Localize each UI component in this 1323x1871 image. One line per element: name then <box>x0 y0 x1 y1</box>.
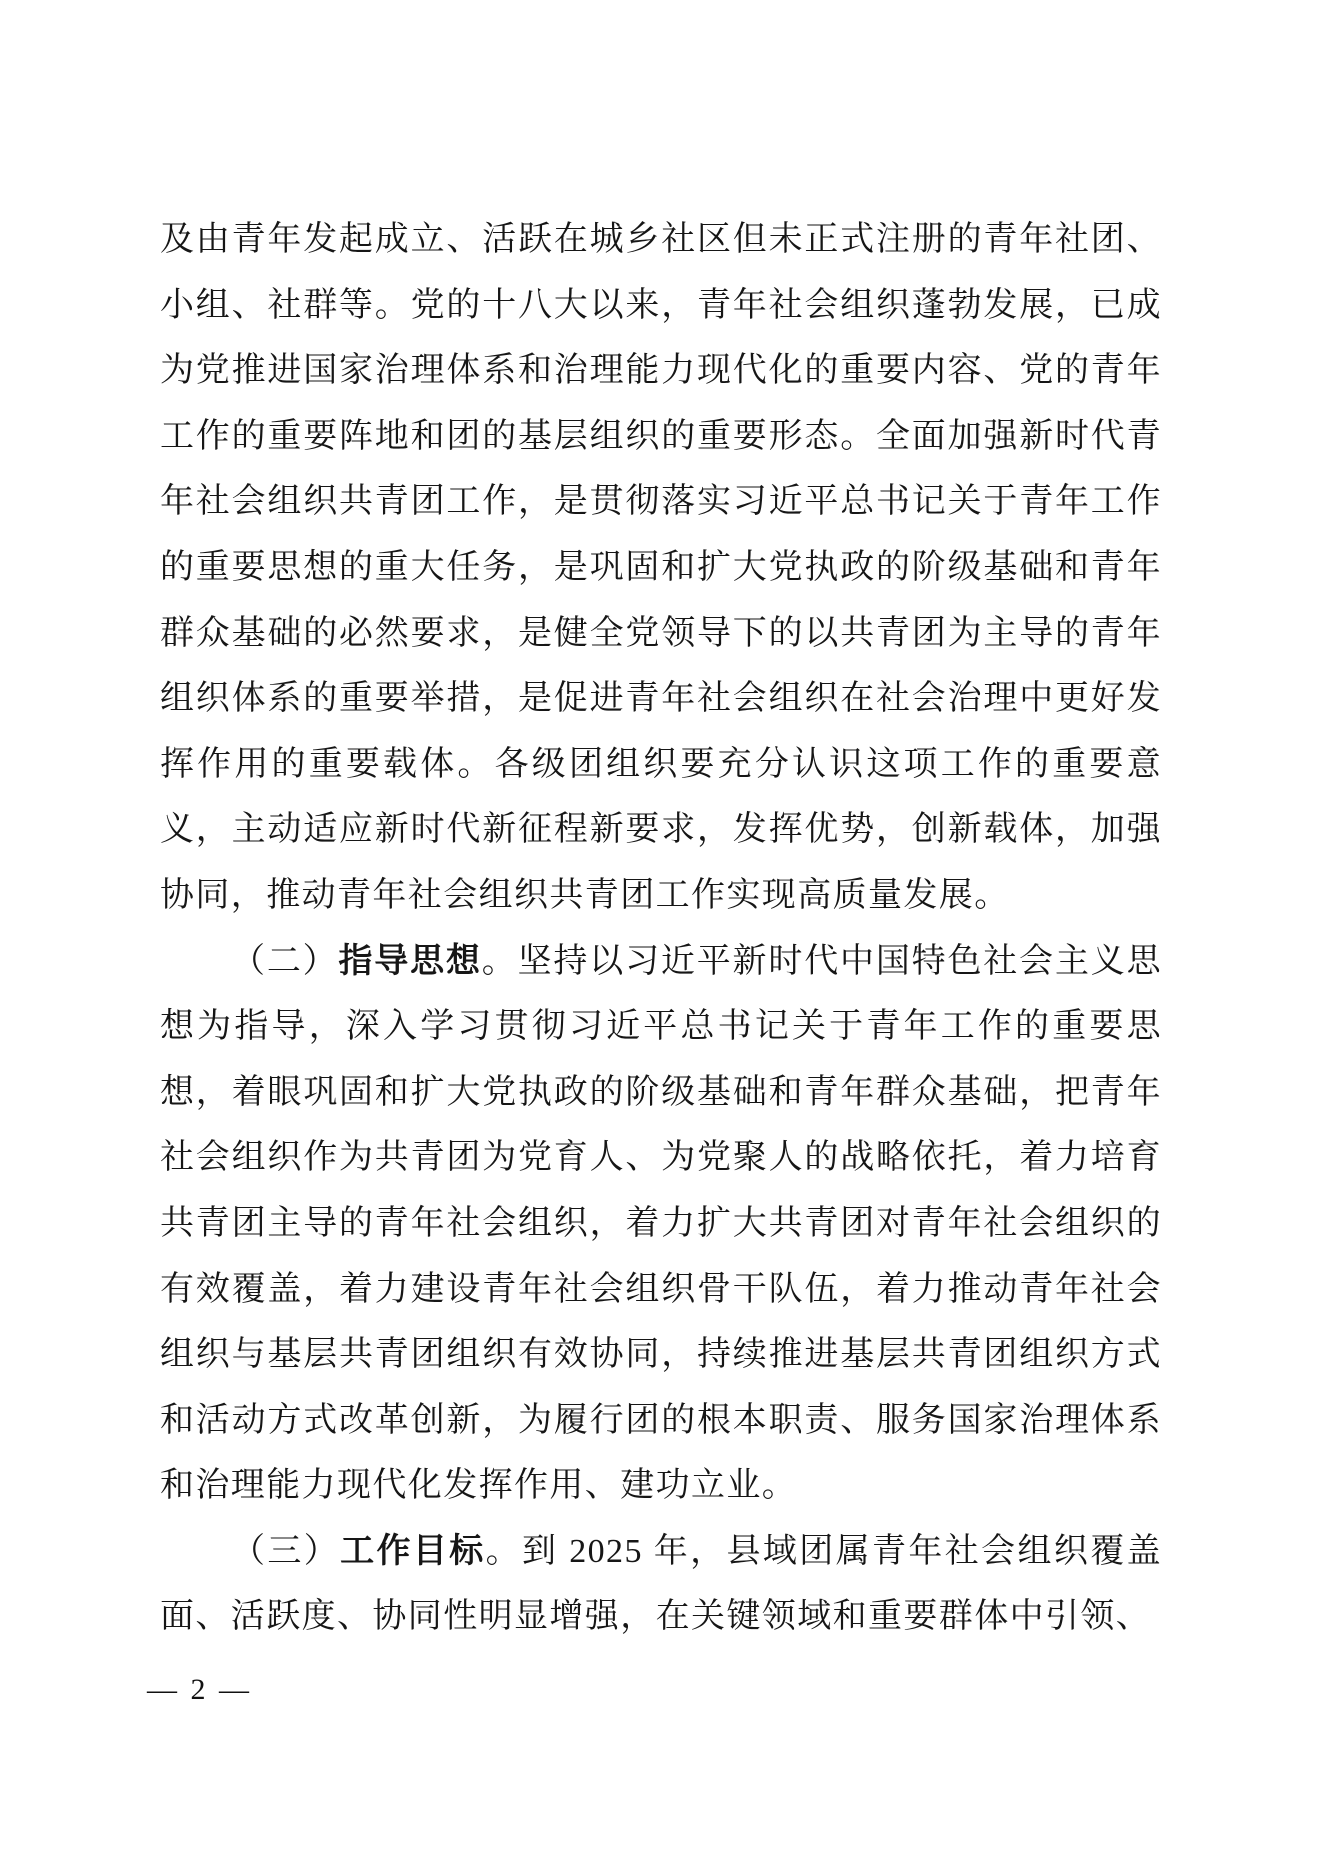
page-number: — 2 — <box>147 1673 252 1707</box>
section-heading: 指导思想 <box>338 943 481 980</box>
section-number: （二） <box>231 943 338 980</box>
section-number: （三） <box>231 1533 340 1570</box>
section-heading: 工作目标 <box>340 1533 486 1570</box>
paragraph-text: 。坚持以习近平新时代中国特色社会主义思想为指导，深入学习贯彻习近平总书记关于青年… <box>160 943 1162 1505</box>
paragraph-text: 及由青年发起成立、活跃在城乡社区但未正式注册的青年社团、小组、社群等。党的十八大… <box>160 221 1162 914</box>
document-page: 及由青年发起成立、活跃在城乡社区但未正式注册的青年社团、小组、社群等。党的十八大… <box>0 0 1323 1871</box>
paragraph-section-3: （三）工作目标。到 2025 年，县域团属青年社会组织覆盖面、活跃度、协同性明显… <box>160 1519 1162 1650</box>
paragraph-continuation: 及由青年发起成立、活跃在城乡社区但未正式注册的青年社团、小组、社群等。党的十八大… <box>160 207 1162 929</box>
paragraph-section-2: （二）指导思想。坚持以习近平新时代中国特色社会主义思想为指导，深入学习贯彻习近平… <box>160 929 1162 1519</box>
body-text: 及由青年发起成立、活跃在城乡社区但未正式注册的青年社团、小组、社群等。党的十八大… <box>160 207 1162 1650</box>
